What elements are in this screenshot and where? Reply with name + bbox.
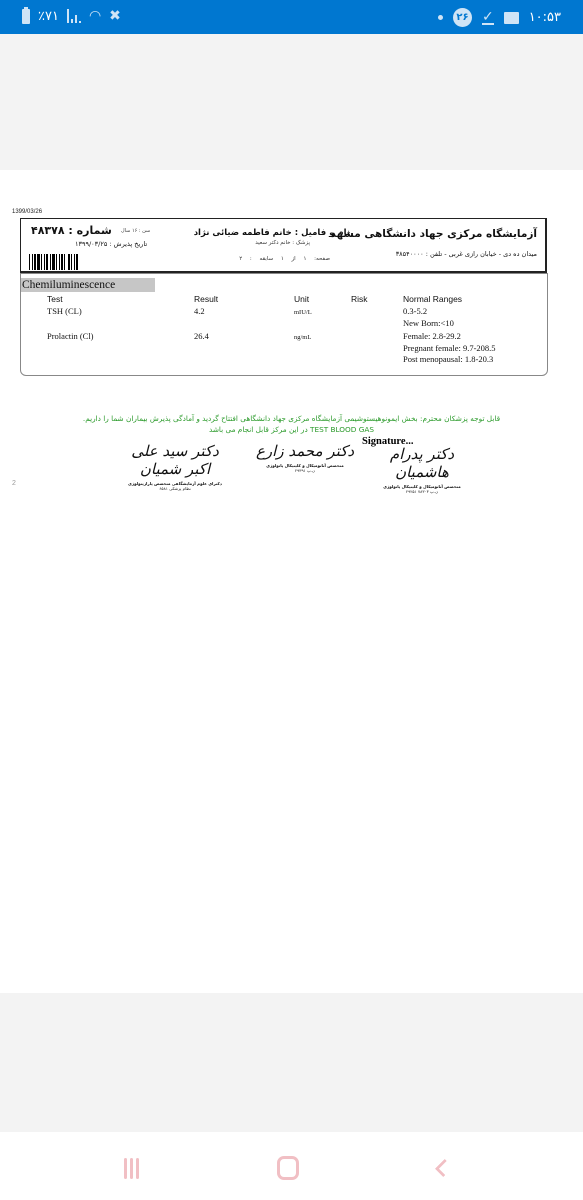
report-header: آزمایشگاه مرکزی جهاد دانشگاهی مشهد میدان… — [20, 218, 547, 273]
notice-line-1: قابل توجه پزشکان محترم: بخش ایمونوهیستوش… — [0, 414, 583, 425]
signature-2-code: ن.پ ۲۹۳۹۱ — [255, 468, 355, 473]
row-2-result: 26.4 — [194, 331, 209, 343]
signature-3-code: ن.پ ۷۸۳۰۳ ۲۹۲۵۱ — [372, 489, 472, 494]
row-2-range-2: Pregnant female: 9.7-208.5 — [403, 343, 496, 355]
wifi-icon: ◠ — [89, 8, 101, 24]
status-bar: ٪۷۱ ◠ ✖ ۲۶ ✓ ۱۰:۵۳ — [0, 0, 583, 34]
row-1-result: 4.2 — [194, 306, 205, 318]
signature-1-name: دکتر سید علی اکبر شمیان — [120, 442, 230, 478]
lab-name: آزمایشگاه مرکزی جهاد دانشگاهی مشهد — [331, 228, 537, 240]
column-unit: Unit — [294, 294, 309, 304]
row-1-unit: mIU/L — [294, 307, 312, 319]
lab-address: میدان ده دی - خیابان رازی غربی - تلفن : … — [396, 250, 537, 258]
barcode — [29, 254, 107, 270]
admission-date: تاریخ پذیرش : ۱۳۹۹/۰۳/۲۵ — [75, 240, 147, 248]
patient-age: سن : ۱۶ سال — [121, 228, 150, 234]
patient-name: نام و فامیل : خانم فاطمه ضیائی نژاد — [194, 228, 350, 238]
column-test: Test — [47, 294, 63, 304]
signature-1-code: نظام پزشکی ۶۵۸۱ — [120, 486, 230, 491]
clock: ۱۰:۵۳ — [529, 10, 561, 25]
page-number: 2 — [12, 480, 16, 487]
recents-icon-bar — [130, 1158, 133, 1179]
column-result: Result — [194, 294, 218, 304]
battery-icon — [22, 9, 30, 24]
results-box: Chemiluminescence Test Result Unit Risk … — [20, 273, 548, 376]
signature-2: دکتر محمد زارع متخصص آناتومیکال و کلینیک… — [255, 442, 355, 473]
battery-percent: ٪۷۱ — [38, 9, 59, 24]
dot-icon — [438, 15, 443, 20]
pdf-page[interactable]: 1399/03/26 آزمایشگاه مرکزی جهاد دانشگاهی… — [0, 170, 583, 993]
row-1-range-2: New Born:<10 — [403, 318, 454, 330]
row-2-range-1: Female: 2.8-29.2 — [403, 331, 461, 343]
column-risk: Risk — [351, 294, 368, 304]
folder-icon — [504, 12, 519, 24]
home-icon — [277, 1156, 299, 1180]
recents-icon — [124, 1158, 127, 1179]
row-2-test: Prolactin (Cl) — [47, 331, 94, 343]
row-2-range-3: Post menopausal: 1.8-20.3 — [403, 354, 493, 366]
report-number: شماره : ۴۸۳۷۸ — [31, 224, 112, 237]
print-date: 1399/03/26 — [12, 209, 42, 215]
checkmark-download-icon: ✓ — [482, 11, 494, 25]
notice-line-2: TEST BLOOD GAS در این مرکز قابل انجام می… — [0, 425, 583, 436]
notification-badge-icon: ۲۶ — [453, 8, 472, 27]
signature-2-name: دکتر محمد زارع — [255, 442, 355, 460]
signature-3: دکتر پدرام هاشمیان متخصص آناتومیکال و کل… — [372, 445, 472, 494]
mute-icon: ✖ — [109, 8, 121, 24]
column-normal-ranges: Normal Ranges — [403, 294, 462, 304]
page-info: صفحه: ۱ از ۱ سابقه : ۲ — [239, 256, 330, 262]
signal-icon — [67, 9, 81, 23]
row-1-range-1: 0.3-5.2 — [403, 306, 427, 318]
doctor-name: پزشک : خانم دکتر سعید — [255, 240, 310, 246]
back-button[interactable] — [430, 1156, 450, 1180]
row-1-test: TSH (CL) — [47, 306, 82, 318]
section-title: Chemiluminescence — [21, 278, 155, 292]
signature-3-name: دکتر پدرام هاشمیان — [372, 445, 472, 481]
notice-text: قابل توجه پزشکان محترم: بخش ایمونوهیستوش… — [0, 414, 583, 435]
signature-1: دکتر سید علی اکبر شمیان دکترای علوم آزما… — [120, 442, 230, 491]
back-chevron-icon — [435, 1159, 453, 1177]
recents-icon-bar — [136, 1158, 139, 1179]
row-2-unit: ng/mL — [294, 332, 311, 344]
home-button[interactable] — [276, 1156, 300, 1180]
recents-button[interactable] — [124, 1156, 139, 1180]
navigation-bar — [0, 1132, 583, 1200]
